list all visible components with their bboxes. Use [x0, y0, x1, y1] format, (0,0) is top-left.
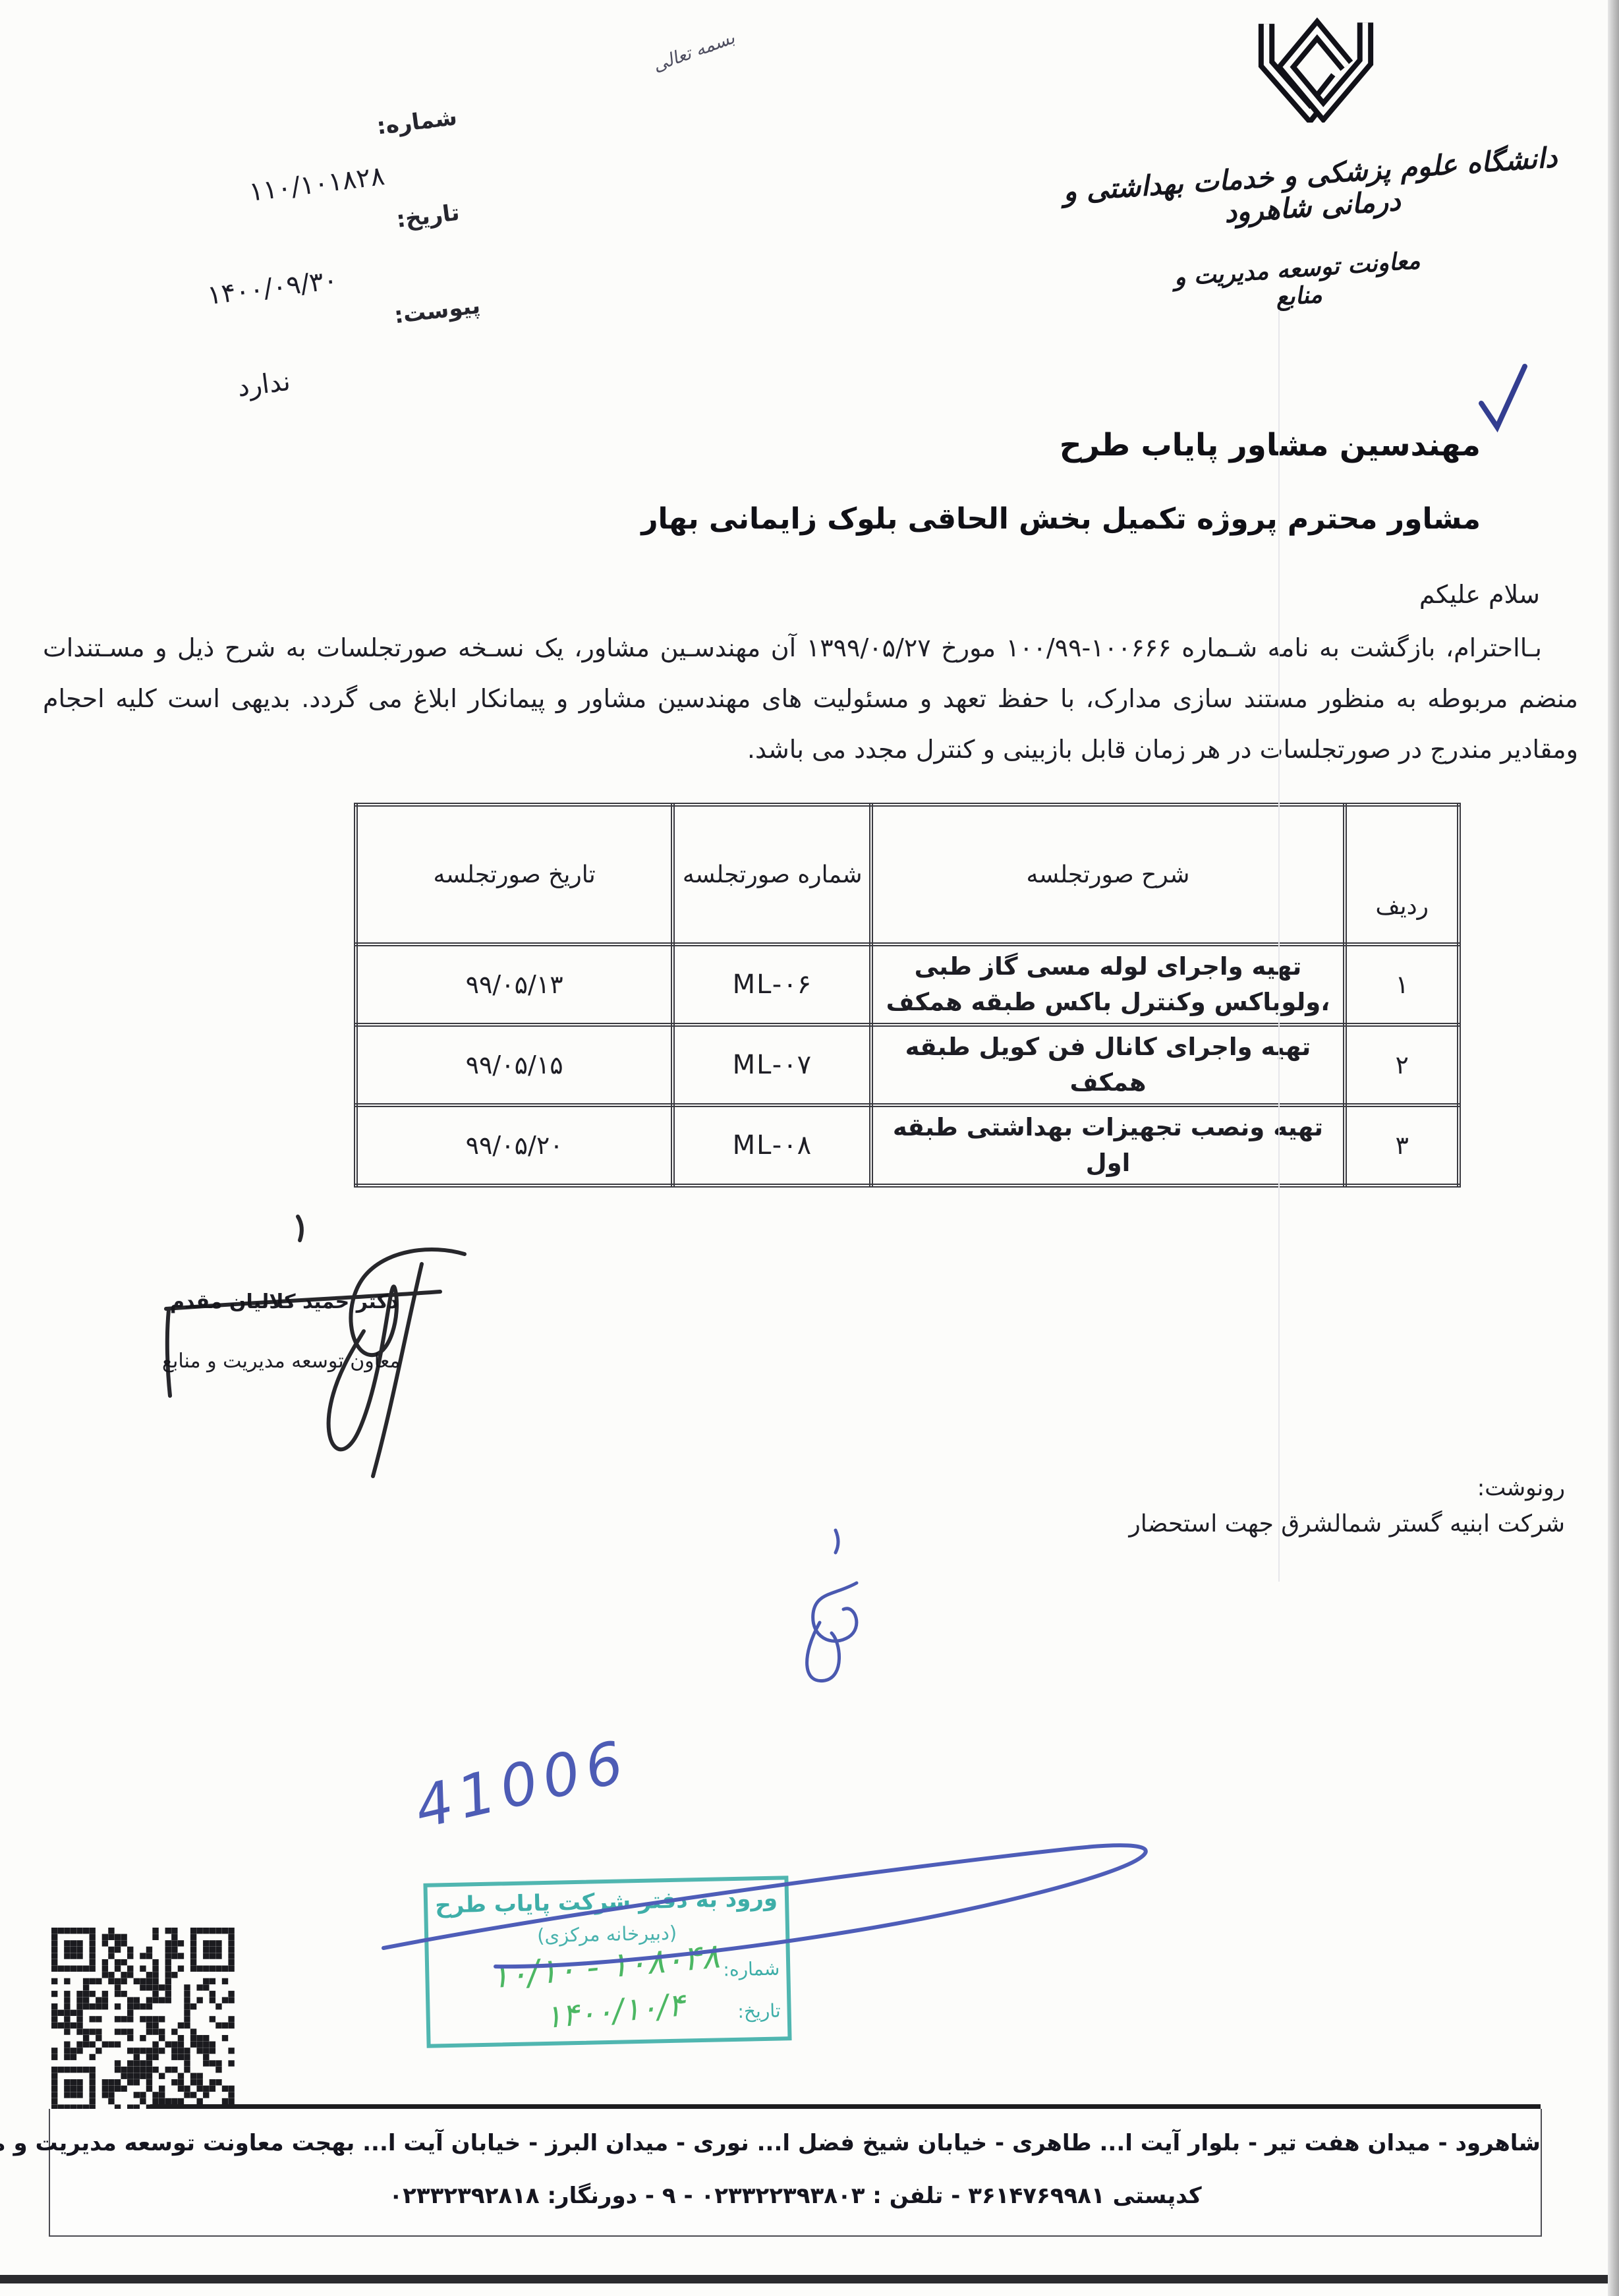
table-row: ۱ تهیه واجرای لوله مسی گاز طبی ،ولوباکس … — [356, 944, 1459, 1025]
letter-attachment-value: ندارد — [236, 366, 292, 403]
header-description: شرح صورتجلسه — [871, 805, 1346, 944]
cell-row-no: ۳ — [1345, 1105, 1459, 1186]
letter-meta-block: شماره: ۱۱۰/۱۰۱۸۲۸ تاریخ: ۱۴۰۰/۰۹/۳۰ پیوس… — [62, 99, 492, 455]
recipient-line-2: مشاور محترم پروژه تکمیل بخش الحاقی بلوک … — [641, 502, 1481, 536]
cell-date: ۹۹/۰۵/۲۰ — [356, 1105, 673, 1186]
stamp-date-label: تاریخ: — [737, 2000, 781, 2023]
cell-description: تهیه ونصب تجهیزات بهداشتی طبقه اول — [871, 1105, 1346, 1186]
footer-top-rule — [150, 2104, 1541, 2109]
recipient-line-1: مهندسین مشاور پایاب طرح — [1060, 427, 1481, 463]
stamp-line-1: ورود به دفتر شرکت پایاب طرح — [428, 1885, 785, 1918]
letter-number-value: ۱۱۰/۱۰۱۸۲۸ — [247, 161, 386, 208]
cc-recipient: شرکت ابنیه گستر شمالشرق جهت استحضار — [1129, 1510, 1565, 1537]
scan-right-edge — [1608, 0, 1619, 2296]
table-row: ۳ تهیه ونصب تجهیزات بهداشتی طبقه اول ‪ML… — [356, 1105, 1459, 1186]
salutation: سلام علیکم — [1419, 580, 1540, 609]
letter-date-value: ۱۴۰۰/۰۹/۳۰ — [206, 265, 339, 311]
letter-attachment-label: پیوست: — [393, 293, 482, 330]
signatory-name: دکتر حمید کلالیان مقدم — [170, 1290, 398, 1313]
stamp-date-handwriting: ۱۴۰۰/۱۰/۴ — [544, 1986, 687, 2036]
body-paragraph: بـااحترام، بازگشت به نامه شـماره ‪۱۰۰/۹۹… — [43, 623, 1578, 775]
cell-row-no: ۱ — [1345, 944, 1459, 1025]
stamp-number-label: شماره: — [723, 1958, 780, 1981]
cell-date: ۹۹/۰۵/۱۵ — [356, 1025, 673, 1105]
receipt-stamp: ورود به دفتر شرکت پایاب طرح (دبیرخانه مر… — [423, 1876, 791, 2048]
header-row-no: ردیف — [1345, 805, 1459, 944]
scan-bottom-edge — [0, 2275, 1619, 2283]
cell-description: تهیه واجرای لوله مسی گاز طبی ،ولوباکس وک… — [871, 944, 1346, 1025]
stamp-line-2: (دبیرخانه مرکزی) — [428, 1919, 786, 1949]
cell-description: تهیه واجرای کانال فن کویل طبقه همکف — [871, 1025, 1346, 1105]
minutes-table: ردیف شرح صورتجلسه شماره صورتجلسه تاریخ ص… — [354, 803, 1461, 1188]
scanned-letter-page: بسمه تعالی دانشگاه علوم پزشکی و خدمات به… — [0, 0, 1619, 2296]
signatory-title: معاون توسعه مدیریت و منابع — [162, 1350, 400, 1373]
cell-number: ‪ML-۰۶‬ — [673, 944, 870, 1025]
director-signature — [166, 1217, 465, 1476]
footer-box: شاهرود - میدان هفت تیر - بلوار آیت ا... … — [49, 2109, 1542, 2237]
cell-date: ۹۹/۰۵/۱۳ — [356, 944, 673, 1025]
table-row: ۲ تهیه واجرای کانال فن کویل طبقه همکف ‪M… — [356, 1025, 1459, 1105]
letter-number-label: شماره: — [376, 104, 459, 140]
cc-label: رونوشت: — [1477, 1475, 1565, 1501]
scan-artifact-line — [1278, 310, 1280, 1582]
table-header-row: ردیف شرح صورتجلسه شماره صورتجلسه تاریخ ص… — [356, 805, 1459, 944]
footer-address: شاهرود - میدان هفت تیر - بلوار آیت ا... … — [50, 2130, 1541, 2156]
cell-number: ‪ML-۰۸‬ — [673, 1105, 870, 1186]
department-name: معاونت توسعه مدیریت و منابع — [1158, 246, 1438, 319]
university-name: دانشگاه علوم پزشکی و خدمات بهداشتی و درم… — [1046, 140, 1577, 241]
cell-number: ‪ML-۰۷‬ — [673, 1025, 870, 1105]
cell-row-no: ۲ — [1345, 1025, 1459, 1105]
blue-pen-scribble — [807, 1530, 857, 1681]
basmala-handwriting: بسمه تعالی — [607, 28, 738, 92]
university-logo-icon — [1247, 5, 1384, 123]
header-number: شماره صورتجلسه — [673, 805, 870, 944]
header-date: تاریخ صورتجلسه — [356, 805, 673, 944]
minutes-table-wrap: ردیف شرح صورتجلسه شماره صورتجلسه تاریخ ص… — [354, 803, 1461, 1188]
letter-date-label: تاریخ: — [395, 200, 461, 233]
footer-contact: کدپستی ۳۶۱۴۷۶۹۹۸۱ - تلفن : ۰۲۳۳۲۲۳۹۳۸۰۳ … — [50, 2183, 1541, 2209]
qr-code — [51, 1928, 235, 2111]
checkmark-icon — [1481, 366, 1525, 427]
blue-registration-number: 41006 — [409, 1727, 636, 1842]
